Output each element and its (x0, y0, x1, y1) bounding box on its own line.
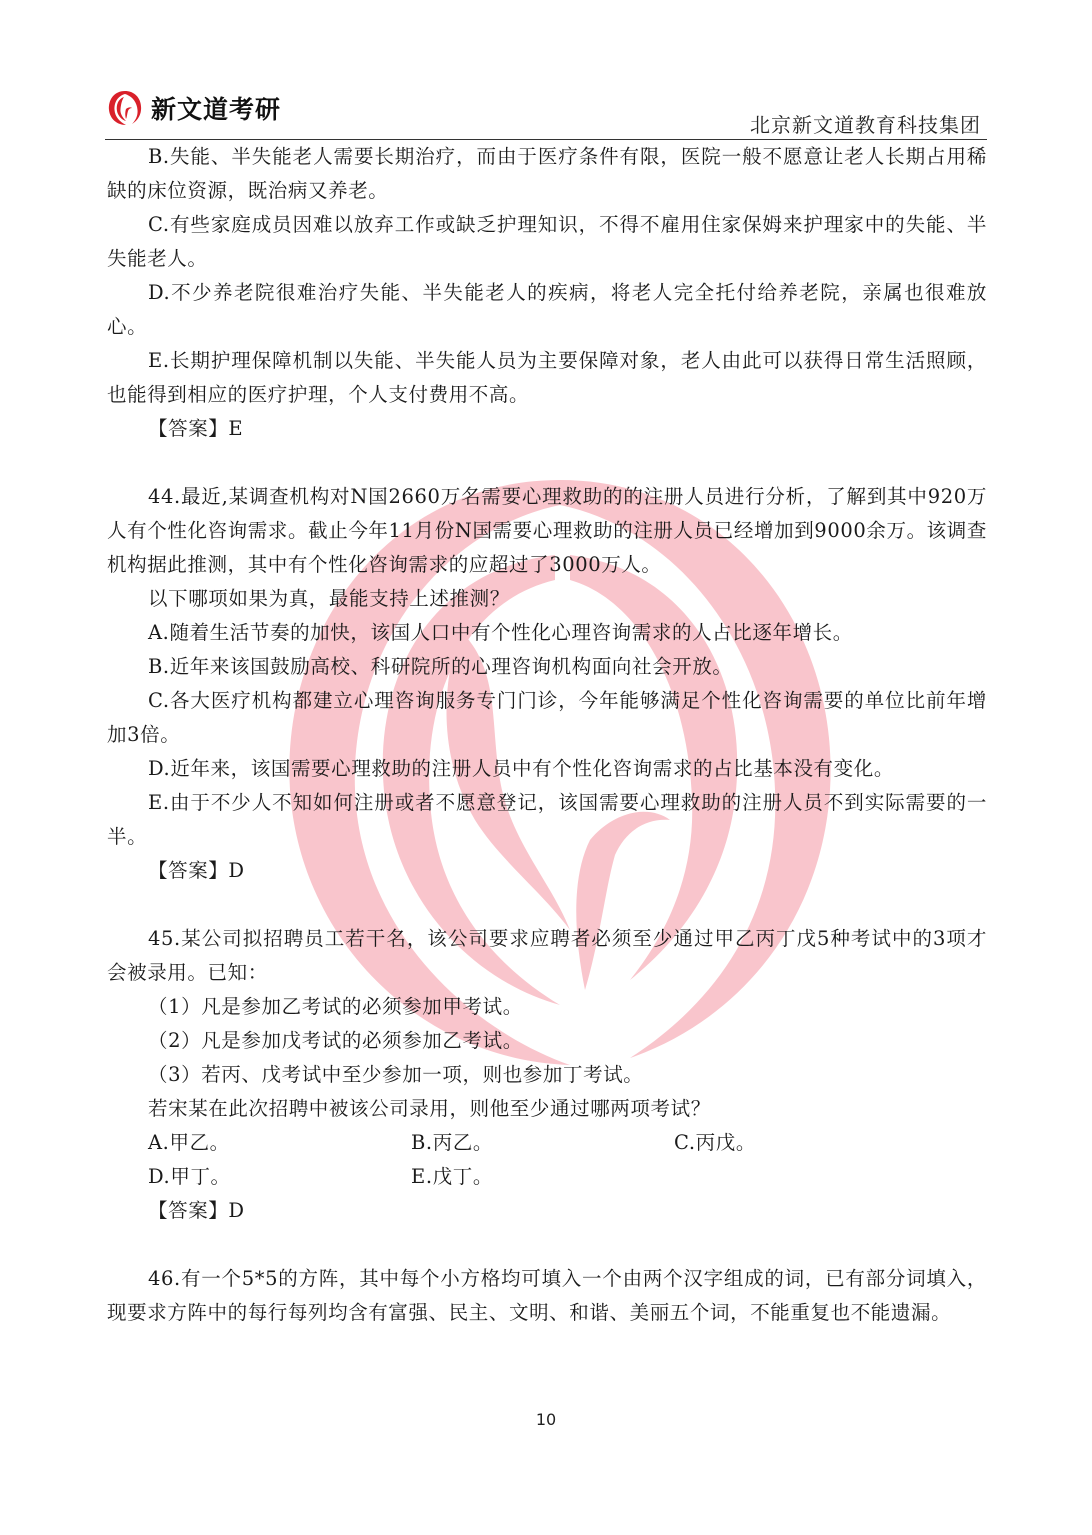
q43-option-c: C.有些家庭成员因难以放弃工作或缺乏护理知识，不得不雇用住家保姆来护理家中的失能… (107, 208, 987, 276)
q45-option-b: B.丙乙。 (411, 1126, 674, 1160)
q45-condition-1: （1）凡是参加乙考试的必须参加甲考试。 (107, 990, 987, 1024)
q44-question: 以下哪项如果为真，最能支持上述推测？ (107, 582, 987, 616)
q45-option-c: C.丙戊。 (674, 1126, 937, 1160)
q45-stem: 45.某公司拟招聘员工若干名，该公司要求应聘者必须至少通过甲乙丙丁戊5种考试中的… (107, 922, 987, 990)
brand-logo: 新文道考研 (105, 88, 281, 128)
q44-stem: 44.最近,某调查机构对N国2660万名需要心理救助的的注册人员进行分析，了解到… (107, 480, 987, 582)
q45-options-row-2: D.甲丁。 E.戊丁。 (107, 1160, 987, 1194)
q43-option-b: B.失能、半失能老人需要长期治疗，而由于医疗条件有限，医院一般不愿意让老人长期占… (107, 140, 987, 208)
q45-condition-2: （2）凡是参加戊考试的必须参加乙考试。 (107, 1024, 987, 1058)
q45-condition-3: （3）若丙、戊考试中至少参加一项，则也参加丁考试。 (107, 1058, 987, 1092)
q45-options-row-1: A.甲乙。 B.丙乙。 C.丙戊。 (107, 1126, 987, 1160)
spacer (107, 888, 987, 922)
page-header: 新文道考研 北京新文道教育科技集团 (105, 86, 987, 140)
spacer (107, 446, 987, 480)
q43-option-d: D.不少养老院很难治疗失能、半失能老人的疾病，将老人完全托付给养老院，亲属也很难… (107, 276, 987, 344)
phoenix-logo-icon (105, 88, 145, 128)
q45-answer: 【答案】D (107, 1194, 987, 1228)
q45-option-a: A.甲乙。 (148, 1126, 411, 1160)
document-body: B.失能、半失能老人需要长期治疗，而由于医疗条件有限，医院一般不愿意让老人长期占… (107, 140, 987, 1330)
q44-option-c: C.各大医疗机构都建立心理咨询服务专门门诊，今年能够满足个性化咨询需要的单位比前… (107, 684, 987, 752)
page-number: 10 (0, 1410, 1092, 1429)
q45-option-e: E.戊丁。 (411, 1160, 674, 1194)
q44-option-e: E.由于不少人不知如何注册或者不愿意登记，该国需要心理救助的注册人员不到实际需要… (107, 786, 987, 854)
logo-text: 新文道考研 (151, 90, 281, 126)
q44-option-b: B.近年来该国鼓励高校、科研院所的心理咨询机构面向社会开放。 (107, 650, 987, 684)
q43-answer: 【答案】E (107, 412, 987, 446)
q43-option-e: E.长期护理保障机制以失能、半失能人员为主要保障对象，老人由此可以获得日常生活照… (107, 344, 987, 412)
company-name: 北京新文道教育科技集团 (750, 109, 981, 138)
q46-stem: 46.有一个5*5的方阵，其中每个小方格均可填入一个由两个汉字组成的词，已有部分… (107, 1262, 987, 1330)
q44-answer: 【答案】D (107, 854, 987, 888)
q44-option-a: A.随着生活节奏的加快，该国人口中有个性化心理咨询需求的人占比逐年增长。 (107, 616, 987, 650)
spacer (107, 1228, 987, 1262)
q45-option-d: D.甲丁。 (148, 1160, 411, 1194)
q45-question: 若宋某在此次招聘中被该公司录用，则他至少通过哪两项考试？ (107, 1092, 987, 1126)
q44-option-d: D.近年来，该国需要心理救助的注册人员中有个性化咨询需求的占比基本没有变化。 (107, 752, 987, 786)
